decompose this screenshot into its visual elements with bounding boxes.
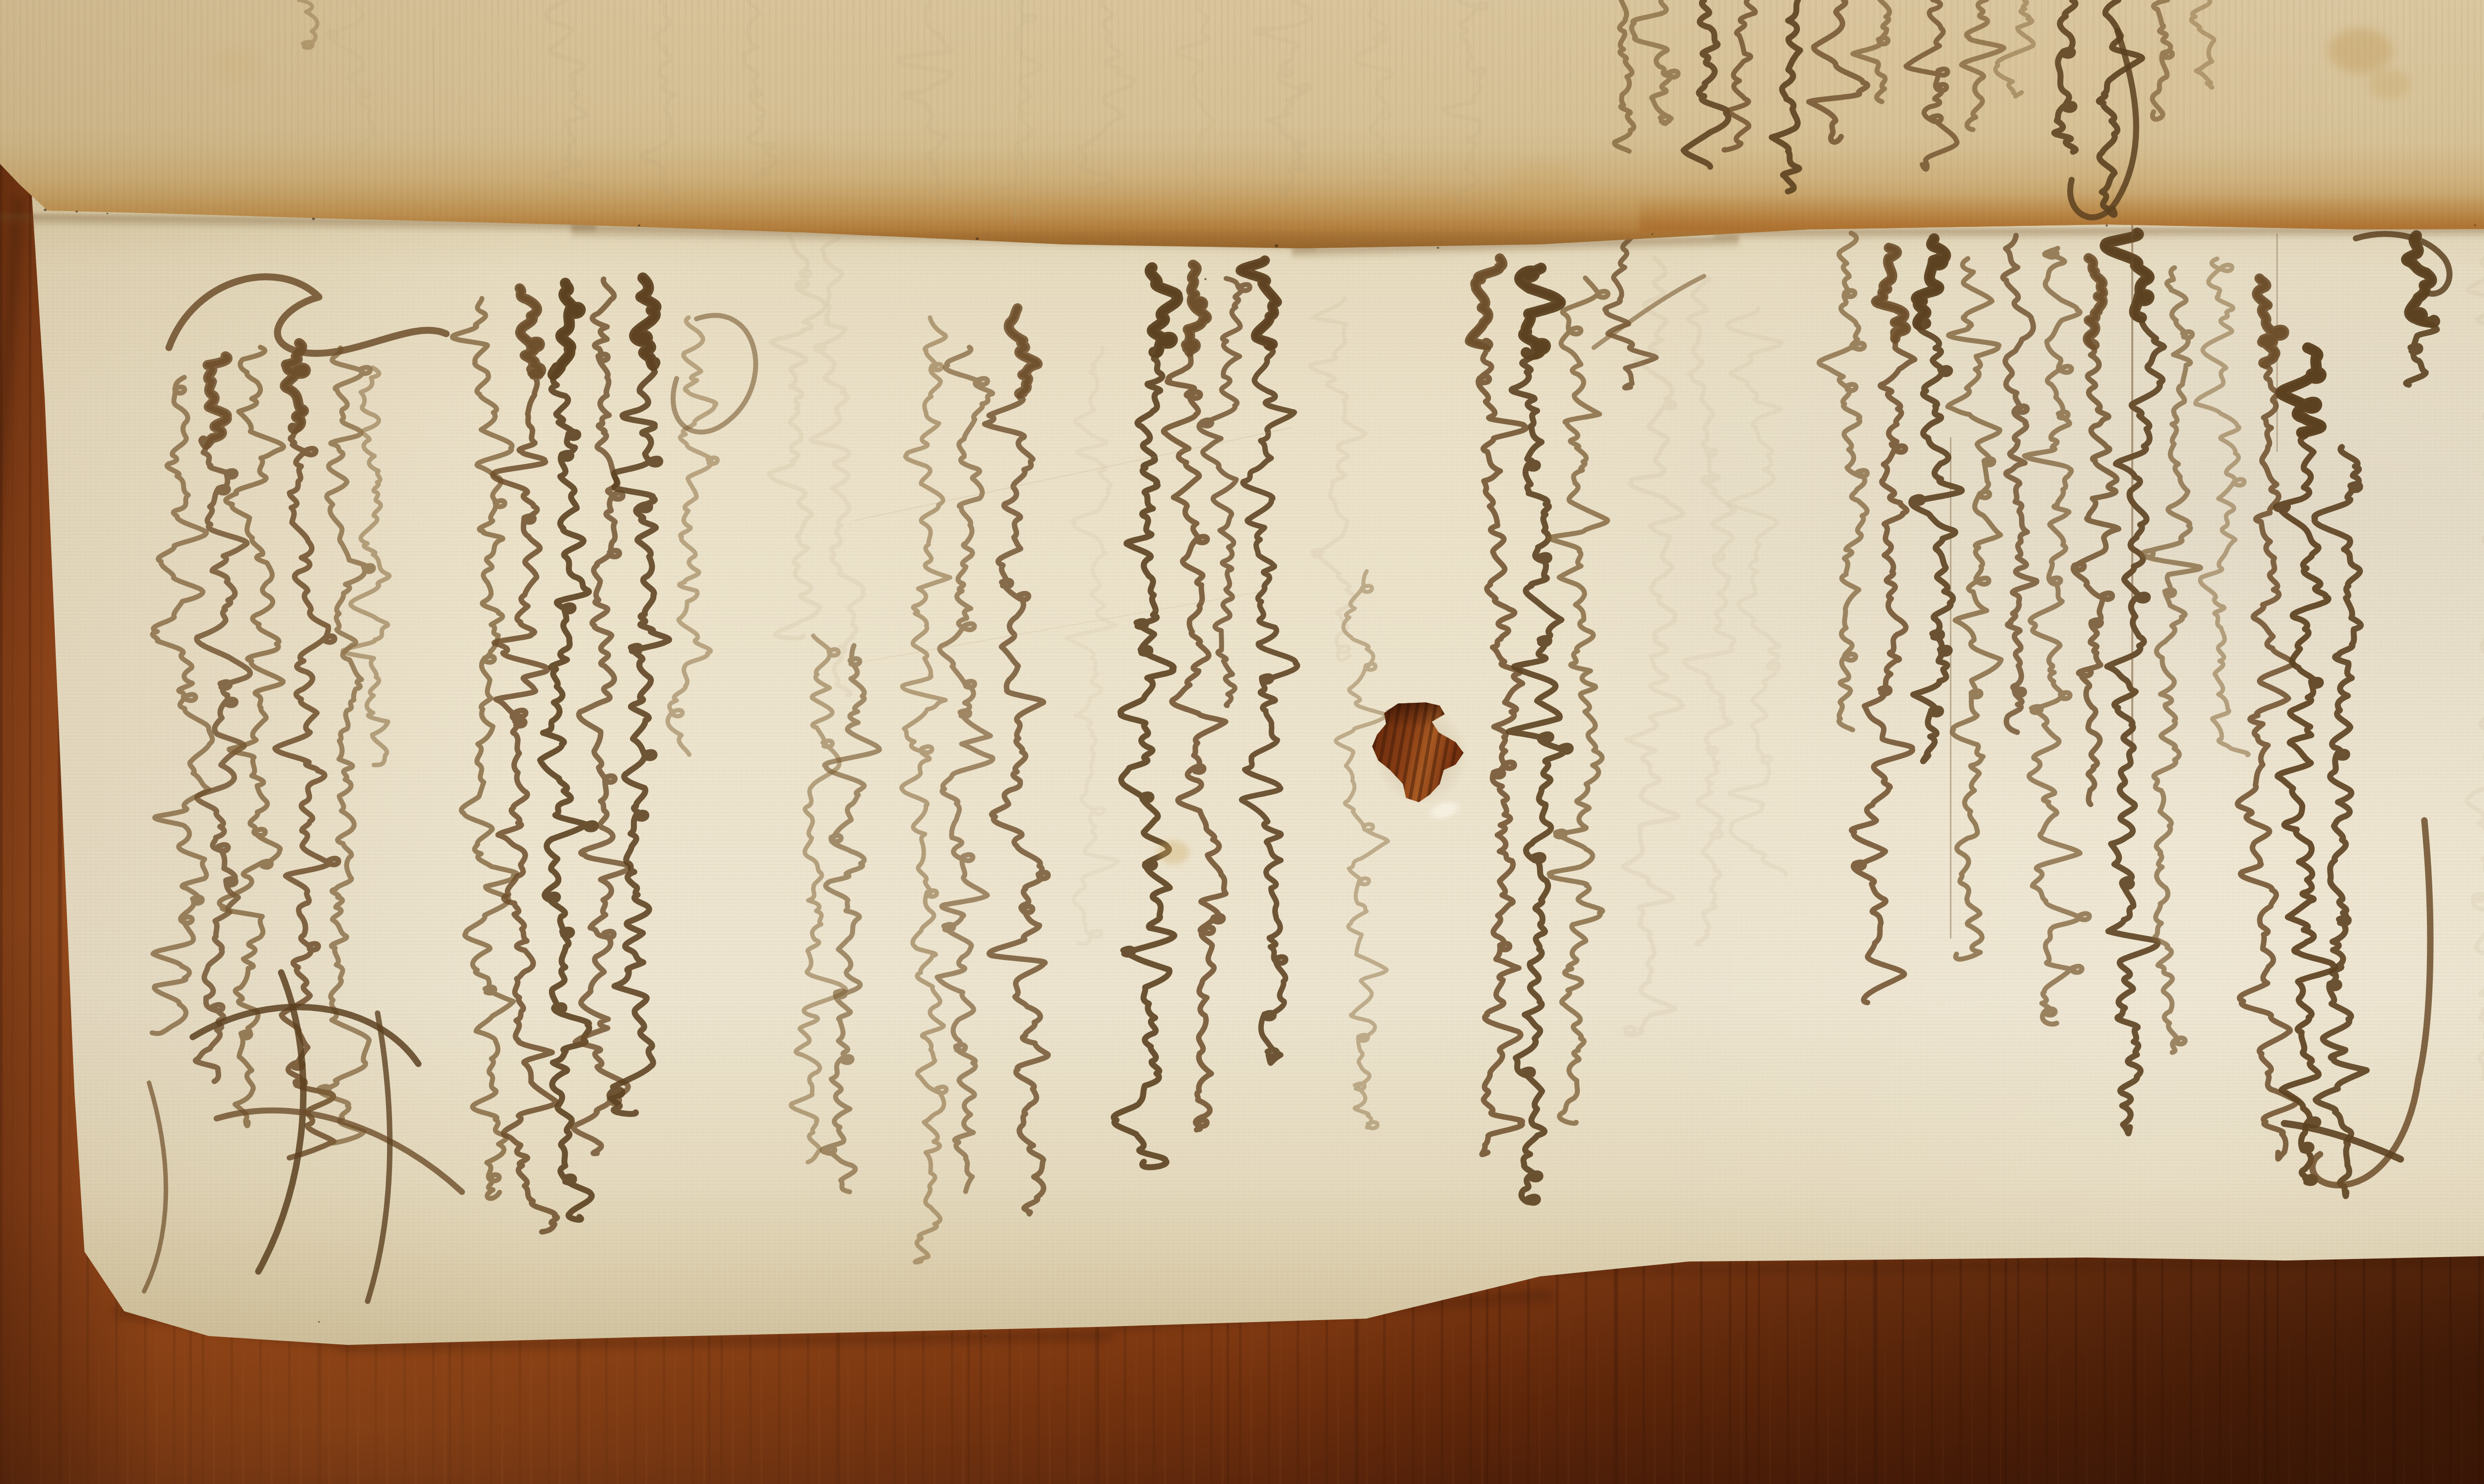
edge-shadow — [1108, 1290, 1554, 1331]
flourish-stroke — [2313, 820, 2430, 1185]
ink-line — [1848, 0, 1918, 102]
main-page — [0, 0, 2484, 1484]
ink-line — [1072, 0, 1143, 189]
underline-rule — [2131, 214, 2133, 750]
ink-line — [1812, 233, 1886, 730]
ink-speck — [976, 237, 979, 240]
underline-rule — [1950, 437, 1951, 939]
flourish-stroke — [217, 1111, 462, 1192]
flourish-stroke — [2356, 234, 2450, 294]
photo-vignette — [0, 0, 2484, 1484]
ink-line — [1945, 0, 2016, 130]
ink-line — [815, 645, 887, 1192]
ink-line — [1627, 0, 1698, 122]
ink-line — [1233, 260, 1306, 1055]
ink-line — [566, 279, 636, 1153]
fold-shadow-strip — [1292, 235, 1739, 260]
flourish-stroke — [144, 1083, 166, 1291]
ink-line — [2174, 0, 2245, 83]
ink-speck — [1651, 233, 1653, 235]
paper-crease — [432, 30, 436, 209]
ink-line — [1896, 238, 1972, 756]
ink-line — [649, 317, 723, 755]
ink-line — [1668, 0, 1740, 167]
upper-page — [0, 0, 2484, 1484]
ink-line — [1109, 267, 1190, 1162]
underline-rule — [2276, 233, 2278, 452]
ink-line — [924, 347, 1005, 1192]
fold-shadow-strip — [1714, 226, 2484, 241]
fold-shading — [0, 149, 2484, 251]
ink-line — [626, 0, 698, 210]
ink-speck — [318, 1321, 320, 1323]
ink-line — [534, 0, 606, 189]
ink-line — [486, 288, 564, 1232]
ink-speck — [984, 1335, 986, 1337]
manuscript-photo — [0, 0, 2484, 1484]
ink-line — [146, 377, 219, 1033]
ink-line — [887, 317, 965, 1261]
ink-line — [1937, 258, 2012, 954]
ink-line — [526, 283, 599, 1217]
flourish-stroke — [169, 277, 446, 353]
ink-line — [2129, 0, 2199, 112]
ink-line — [1249, 0, 1321, 199]
ink-line — [1304, 297, 1376, 656]
ink-line — [1196, 278, 1269, 706]
flourish-stroke — [258, 972, 304, 1271]
fold-shadow-strip — [0, 214, 596, 235]
paper-stain — [768, 140, 822, 180]
ink-line — [1720, 308, 1794, 875]
ink-speck — [1275, 244, 1278, 247]
edge-shadow — [1550, 1256, 2484, 1274]
ink-line — [1461, 258, 1534, 1153]
ink-line — [605, 278, 678, 1113]
ink-speck — [1437, 247, 1439, 249]
ink-line — [1615, 257, 1694, 1033]
ink-line — [977, 308, 1058, 1213]
ink-line — [2377, 235, 2447, 385]
ink-line — [1341, 0, 1413, 180]
ink-line — [1542, 278, 1615, 1122]
paper-crease — [854, 427, 1292, 521]
edge-shadow — [343, 1330, 1113, 1351]
ink-line — [1991, 0, 2062, 93]
ink-line — [1326, 571, 1396, 1127]
ink-line — [1976, 235, 2048, 733]
ink-speck — [312, 218, 315, 220]
ink-speck — [2105, 224, 2108, 226]
fold-shadow-strip — [571, 224, 1316, 254]
ink-line — [2081, 0, 2151, 209]
ink-line — [267, 0, 337, 47]
ink-line — [1159, 264, 1240, 1129]
ink-line — [2269, 348, 2342, 1183]
ink-line — [1161, 0, 1232, 209]
ink-line — [2185, 258, 2261, 756]
ink-line — [1846, 247, 1926, 1003]
flourish-stroke — [673, 315, 756, 432]
ink-line — [1593, 233, 1664, 387]
flourish-stroke — [1594, 276, 1704, 348]
paper-stain — [214, 48, 258, 80]
edge-shadow — [113, 1306, 350, 1349]
ink-line — [2036, 0, 2107, 152]
flourish-stroke — [2284, 1123, 2401, 1159]
ink-line — [216, 347, 295, 1122]
ink-speck — [2474, 224, 2476, 226]
ink-line — [1587, 0, 1658, 151]
paper-stain — [2369, 70, 2410, 99]
ink-line — [1503, 268, 1572, 1202]
fold-shading-right — [1639, 196, 2484, 232]
ink-speck — [76, 211, 78, 213]
ink-line — [2018, 248, 2088, 1023]
edge-shadow — [0, 197, 24, 1262]
paper-crease — [860, 591, 1262, 663]
flourishes-main-page — [0, 0, 2484, 1484]
ink-line — [1758, 0, 1828, 192]
ink-speck — [638, 224, 640, 226]
flourish-stroke — [368, 1013, 390, 1301]
ink-line — [2093, 233, 2170, 1127]
ink-line — [780, 636, 850, 1162]
ink-line — [803, 238, 874, 695]
torn-paper-lip — [1419, 790, 1474, 829]
flourish-stroke — [193, 1007, 418, 1064]
paper-stain — [1158, 840, 1189, 864]
ink-line — [2309, 447, 2379, 1192]
ink-line — [1803, 0, 1873, 137]
paper-stain — [1505, 164, 1580, 209]
ink-line — [984, 0, 1053, 214]
ink-line — [2132, 267, 2212, 1053]
ink-line — [2454, 258, 2484, 1103]
flourish-stroke — [2070, 31, 2136, 218]
ink-line — [446, 298, 528, 1193]
wood-table — [0, 0, 2484, 1484]
ink-line — [313, 0, 383, 149]
ink-line — [1431, 0, 1502, 204]
ink-line — [1670, 278, 1749, 945]
ink-line — [181, 356, 257, 1082]
ink-speck — [106, 213, 108, 214]
ink-speck — [44, 209, 47, 211]
ink-speck — [1204, 278, 1207, 280]
ink-line — [1058, 347, 1133, 944]
wormhole-halo — [1355, 685, 1487, 824]
ink-line — [1711, 0, 1783, 149]
ink-line — [263, 343, 343, 1158]
flourishes-upper-page — [0, 0, 2484, 1484]
ink-line — [2056, 258, 2128, 805]
ink-line — [2227, 278, 2304, 1153]
paper-stain — [2328, 28, 2393, 74]
ink-line — [715, 0, 786, 179]
ink-line — [339, 368, 410, 765]
ink-line — [764, 219, 834, 636]
wormhole — [1371, 700, 1471, 808]
ink-line — [302, 348, 379, 1143]
ink-line — [894, 0, 965, 199]
paper-crease — [1014, 0, 1023, 223]
ink-line — [1900, 0, 1971, 165]
